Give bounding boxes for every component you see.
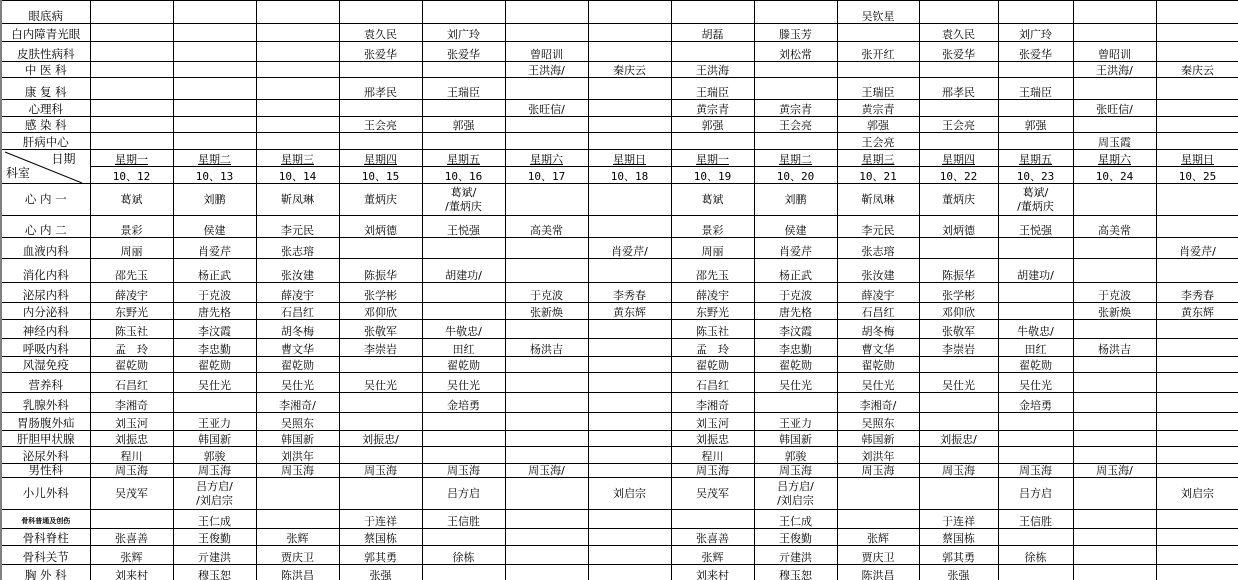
duty-cell[interactable] — [1073, 373, 1156, 393]
duty-cell[interactable]: 袁久民 — [339, 24, 422, 42]
duty-cell[interactable] — [422, 100, 505, 117]
duty-cell[interactable]: 葛斌 — [90, 184, 173, 216]
duty-cell[interactable]: 刘振忠 — [90, 431, 173, 447]
duty-cell[interactable] — [90, 42, 173, 62]
duty-cell[interactable]: 王会亮 — [919, 117, 998, 133]
duty-cell[interactable]: 靳凤琳 — [837, 184, 919, 216]
duty-cell[interactable]: 郭骏 — [754, 447, 837, 464]
duty-cell[interactable]: 李湘奇 — [90, 393, 173, 413]
duty-cell[interactable]: 黄宗青 — [754, 100, 837, 117]
duty-cell[interactable]: 金培勇 — [998, 393, 1073, 413]
duty-cell[interactable]: 景彩 — [90, 216, 173, 238]
duty-cell[interactable] — [256, 24, 339, 42]
duty-cell[interactable] — [1156, 100, 1238, 117]
duty-cell[interactable]: 葛斌//董炳庆 — [422, 184, 505, 216]
duty-cell[interactable]: 韩国新 — [173, 431, 256, 447]
duty-cell[interactable]: 王信胜 — [998, 510, 1073, 529]
duty-cell[interactable]: 周玉海 — [256, 464, 339, 478]
duty-cell[interactable] — [1156, 357, 1238, 373]
duty-cell[interactable] — [422, 447, 505, 464]
duty-cell[interactable]: 胡建功/ — [998, 259, 1073, 283]
duty-cell[interactable] — [998, 100, 1073, 117]
duty-cell[interactable] — [505, 393, 588, 413]
duty-cell[interactable] — [1156, 431, 1238, 447]
duty-cell[interactable] — [505, 431, 588, 447]
duty-cell[interactable]: 薛凌宇 — [256, 283, 339, 303]
duty-cell[interactable]: 牛敬忠/ — [998, 320, 1073, 339]
duty-cell[interactable]: 吴仕光 — [754, 373, 837, 393]
duty-cell[interactable] — [998, 62, 1073, 78]
duty-cell[interactable]: 韩国新 — [837, 431, 919, 447]
duty-cell[interactable] — [256, 133, 339, 150]
duty-cell[interactable]: 高美常 — [1073, 216, 1156, 238]
duty-cell[interactable] — [671, 1, 754, 24]
duty-cell[interactable] — [1156, 529, 1238, 546]
duty-cell[interactable]: 郭强 — [671, 117, 754, 133]
duty-cell[interactable]: 刘振忠/ — [339, 431, 422, 447]
duty-cell[interactable] — [1156, 393, 1238, 413]
duty-cell[interactable]: 葛斌 — [671, 184, 754, 216]
duty-cell[interactable] — [422, 62, 505, 78]
duty-cell[interactable] — [1073, 393, 1156, 413]
duty-cell[interactable] — [505, 117, 588, 133]
duty-cell[interactable] — [754, 1, 837, 24]
duty-cell[interactable] — [339, 1, 422, 24]
duty-cell[interactable]: 吴仕光 — [339, 373, 422, 393]
duty-cell[interactable]: 周玉海 — [671, 464, 754, 478]
duty-cell[interactable]: 田红 — [998, 339, 1073, 357]
duty-cell[interactable]: 于克波 — [1073, 283, 1156, 303]
duty-cell[interactable] — [1073, 447, 1156, 464]
duty-cell[interactable] — [256, 478, 339, 510]
duty-cell[interactable] — [919, 100, 998, 117]
duty-cell[interactable]: 刘鹏 — [754, 184, 837, 216]
duty-cell[interactable]: 张爱华 — [339, 42, 422, 62]
duty-cell[interactable]: 吴仕光 — [256, 373, 339, 393]
duty-cell[interactable] — [919, 478, 998, 510]
duty-cell[interactable]: 贾庆卫 — [837, 546, 919, 565]
duty-cell[interactable]: 薛凌宇 — [837, 283, 919, 303]
duty-cell[interactable] — [998, 283, 1073, 303]
duty-cell[interactable]: 肖爱芹/ — [588, 238, 671, 259]
duty-cell[interactable]: 吴仕光 — [173, 373, 256, 393]
duty-cell[interactable] — [505, 1, 588, 24]
duty-cell[interactable] — [1156, 24, 1238, 42]
duty-cell[interactable]: 王悦强 — [422, 216, 505, 238]
duty-cell[interactable] — [173, 78, 256, 100]
duty-cell[interactable]: 吴茂军 — [90, 478, 173, 510]
duty-cell[interactable] — [256, 78, 339, 100]
duty-cell[interactable]: 翟乾勋 — [422, 357, 505, 373]
duty-cell[interactable] — [90, 78, 173, 100]
duty-cell[interactable] — [1156, 464, 1238, 478]
duty-cell[interactable]: 吴茂军 — [671, 478, 754, 510]
duty-cell[interactable]: 张敬军 — [919, 320, 998, 339]
duty-cell[interactable] — [588, 546, 671, 565]
duty-cell[interactable] — [588, 413, 671, 431]
duty-cell[interactable]: 高美常 — [505, 216, 588, 238]
duty-cell[interactable] — [256, 62, 339, 78]
duty-cell[interactable]: 亓建洪 — [754, 546, 837, 565]
duty-cell[interactable]: 张志瑢 — [256, 238, 339, 259]
duty-cell[interactable]: 李崇岩 — [919, 339, 998, 357]
duty-cell[interactable]: 张学彬 — [339, 283, 422, 303]
duty-cell[interactable]: 周玉海 — [754, 464, 837, 478]
duty-cell[interactable]: 邢孝民 — [919, 78, 998, 100]
duty-cell[interactable] — [339, 413, 422, 431]
duty-cell[interactable]: 王俊勤 — [754, 529, 837, 546]
duty-cell[interactable]: 吕方启 — [422, 478, 505, 510]
duty-cell[interactable] — [754, 133, 837, 150]
duty-cell[interactable] — [1073, 413, 1156, 431]
duty-cell[interactable] — [505, 78, 588, 100]
duty-cell[interactable]: 曾昭训 — [1073, 42, 1156, 62]
duty-cell[interactable] — [588, 447, 671, 464]
duty-cell[interactable] — [173, 133, 256, 150]
duty-cell[interactable] — [998, 133, 1073, 150]
duty-cell[interactable] — [90, 1, 173, 24]
duty-cell[interactable]: 周丽 — [90, 238, 173, 259]
duty-cell[interactable]: 田红 — [422, 339, 505, 357]
duty-cell[interactable]: 周玉海/ — [1073, 464, 1156, 478]
duty-cell[interactable]: 唐先格 — [173, 303, 256, 320]
duty-cell[interactable]: 李元民 — [256, 216, 339, 238]
duty-cell[interactable]: 吕方启//刘启宗 — [754, 478, 837, 510]
duty-cell[interactable] — [1156, 259, 1238, 283]
duty-cell[interactable]: 韩国新 — [256, 431, 339, 447]
duty-cell[interactable] — [837, 478, 919, 510]
duty-cell[interactable]: 葛斌//董炳庆 — [998, 184, 1073, 216]
duty-cell[interactable] — [256, 100, 339, 117]
duty-cell[interactable]: 胡磊 — [671, 24, 754, 42]
duty-cell[interactable]: 李秀春 — [1156, 283, 1238, 303]
duty-cell[interactable] — [173, 1, 256, 24]
duty-cell[interactable] — [505, 447, 588, 464]
duty-cell[interactable]: 王悦强 — [998, 216, 1073, 238]
duty-cell[interactable]: 吕方启//刘启宗 — [173, 478, 256, 510]
duty-cell[interactable]: 吴仕光 — [837, 373, 919, 393]
duty-cell[interactable] — [173, 393, 256, 413]
duty-cell[interactable] — [173, 117, 256, 133]
duty-cell[interactable]: 张汝建 — [837, 259, 919, 283]
duty-cell[interactable]: 张开红 — [837, 42, 919, 62]
duty-cell[interactable]: 翟乾勋 — [754, 357, 837, 373]
duty-cell[interactable]: 侯建 — [173, 216, 256, 238]
duty-cell[interactable] — [837, 62, 919, 78]
duty-cell[interactable] — [588, 78, 671, 100]
duty-cell[interactable] — [1156, 447, 1238, 464]
duty-cell[interactable]: 邢孝民 — [339, 78, 422, 100]
duty-cell[interactable]: 张辉 — [90, 546, 173, 565]
duty-cell[interactable]: 东野光 — [90, 303, 173, 320]
duty-cell[interactable] — [505, 133, 588, 150]
duty-cell[interactable]: 吴照东 — [256, 413, 339, 431]
duty-cell[interactable] — [1073, 238, 1156, 259]
duty-cell[interactable]: 吴仕光 — [998, 373, 1073, 393]
duty-cell[interactable] — [90, 133, 173, 150]
duty-cell[interactable]: 曹文华 — [837, 339, 919, 357]
duty-cell[interactable]: 张辉 — [671, 546, 754, 565]
duty-cell[interactable] — [588, 42, 671, 62]
duty-cell[interactable]: 秦庆云 — [1156, 62, 1238, 78]
duty-cell[interactable] — [671, 510, 754, 529]
duty-cell[interactable]: 周玉海 — [919, 464, 998, 478]
duty-cell[interactable]: 郭骏 — [173, 447, 256, 464]
duty-cell[interactable] — [1073, 320, 1156, 339]
duty-cell[interactable] — [588, 184, 671, 216]
duty-cell[interactable] — [1156, 546, 1238, 565]
duty-cell[interactable]: 秦庆云 — [588, 62, 671, 78]
duty-cell[interactable]: 刘炳德 — [919, 216, 998, 238]
duty-cell[interactable] — [505, 529, 588, 546]
duty-cell[interactable] — [998, 238, 1073, 259]
duty-cell[interactable] — [1073, 565, 1156, 580]
duty-cell[interactable] — [422, 133, 505, 150]
duty-cell[interactable]: 刘来村 — [671, 565, 754, 580]
duty-cell[interactable]: 胡冬梅 — [256, 320, 339, 339]
duty-cell[interactable] — [422, 565, 505, 580]
duty-cell[interactable]: 徐栋 — [422, 546, 505, 565]
duty-cell[interactable] — [1073, 546, 1156, 565]
duty-cell[interactable]: 张喜善 — [90, 529, 173, 546]
duty-cell[interactable]: 杨洪吉 — [1073, 339, 1156, 357]
duty-cell[interactable]: 黄东辉 — [1156, 303, 1238, 320]
duty-cell[interactable]: 陈洪昌 — [837, 565, 919, 580]
duty-cell[interactable]: 刘松常 — [754, 42, 837, 62]
duty-cell[interactable]: 程川 — [90, 447, 173, 464]
duty-cell[interactable]: 薛凌宇 — [671, 283, 754, 303]
duty-cell[interactable]: 翟乾勋 — [173, 357, 256, 373]
duty-cell[interactable] — [1156, 117, 1238, 133]
duty-cell[interactable] — [919, 1, 998, 24]
duty-cell[interactable] — [671, 133, 754, 150]
duty-cell[interactable]: 张旺信/ — [1073, 100, 1156, 117]
duty-cell[interactable] — [998, 529, 1073, 546]
duty-cell[interactable]: 韩国新 — [754, 431, 837, 447]
duty-cell[interactable]: 穆玉恕 — [173, 565, 256, 580]
duty-cell[interactable]: 李汶霞 — [173, 320, 256, 339]
duty-cell[interactable] — [90, 100, 173, 117]
duty-cell[interactable]: 孟 玲 — [671, 339, 754, 357]
duty-cell[interactable]: 张汝建 — [256, 259, 339, 283]
duty-cell[interactable] — [919, 238, 998, 259]
duty-cell[interactable] — [588, 339, 671, 357]
duty-cell[interactable]: 于连祥 — [339, 510, 422, 529]
duty-cell[interactable] — [505, 259, 588, 283]
duty-cell[interactable] — [505, 478, 588, 510]
duty-cell[interactable]: 穆玉恕 — [754, 565, 837, 580]
duty-cell[interactable] — [1156, 565, 1238, 580]
duty-cell[interactable] — [256, 117, 339, 133]
duty-cell[interactable]: 吴仕光 — [919, 373, 998, 393]
duty-cell[interactable]: 石昌红 — [671, 373, 754, 393]
duty-cell[interactable] — [505, 320, 588, 339]
duty-cell[interactable]: 刘炳德 — [339, 216, 422, 238]
duty-cell[interactable] — [1156, 78, 1238, 100]
duty-cell[interactable]: 牛敬忠/ — [422, 320, 505, 339]
duty-cell[interactable] — [919, 413, 998, 431]
duty-cell[interactable]: 于连祥 — [919, 510, 998, 529]
duty-cell[interactable]: 张辉 — [256, 529, 339, 546]
duty-cell[interactable] — [998, 447, 1073, 464]
duty-cell[interactable]: 陈振华 — [919, 259, 998, 283]
duty-cell[interactable]: 张敬军 — [339, 320, 422, 339]
duty-cell[interactable]: 周玉霞 — [1073, 133, 1156, 150]
duty-cell[interactable] — [173, 100, 256, 117]
duty-cell[interactable] — [90, 62, 173, 78]
duty-cell[interactable]: 杨正武 — [754, 259, 837, 283]
duty-cell[interactable]: 王瑞臣 — [998, 78, 1073, 100]
duty-cell[interactable]: 李湘奇/ — [837, 393, 919, 413]
duty-cell[interactable] — [422, 238, 505, 259]
duty-cell[interactable] — [422, 431, 505, 447]
duty-cell[interactable] — [588, 431, 671, 447]
duty-cell[interactable]: 陈振华 — [339, 259, 422, 283]
duty-cell[interactable]: 张志瑢 — [837, 238, 919, 259]
duty-cell[interactable]: 胡建功/ — [422, 259, 505, 283]
duty-cell[interactable]: 董炳庆 — [919, 184, 998, 216]
duty-cell[interactable]: 刘启宗 — [1156, 478, 1238, 510]
duty-cell[interactable]: 王会亮 — [339, 117, 422, 133]
duty-cell[interactable]: 刘洪年 — [256, 447, 339, 464]
duty-cell[interactable] — [588, 357, 671, 373]
duty-cell[interactable] — [919, 133, 998, 150]
duty-cell[interactable]: 胡冬梅 — [837, 320, 919, 339]
duty-cell[interactable] — [1156, 339, 1238, 357]
duty-cell[interactable] — [1156, 1, 1238, 24]
duty-cell[interactable] — [998, 431, 1073, 447]
duty-cell[interactable]: 吴钦星 — [837, 1, 919, 24]
duty-cell[interactable] — [256, 42, 339, 62]
duty-cell[interactable]: 陈玉社 — [671, 320, 754, 339]
duty-cell[interactable]: 李忠勤 — [173, 339, 256, 357]
duty-cell[interactable] — [588, 24, 671, 42]
duty-cell[interactable] — [422, 303, 505, 320]
duty-cell[interactable]: 薛凌宇 — [90, 283, 173, 303]
duty-cell[interactable]: 邓仰欣 — [339, 303, 422, 320]
duty-cell[interactable]: 蔡国栋 — [919, 529, 998, 546]
duty-cell[interactable] — [90, 24, 173, 42]
duty-cell[interactable] — [588, 320, 671, 339]
duty-cell[interactable]: 张爱华 — [998, 42, 1073, 62]
duty-cell[interactable] — [505, 565, 588, 580]
duty-cell[interactable]: 亓建洪 — [173, 546, 256, 565]
duty-cell[interactable]: 吴照东 — [837, 413, 919, 431]
duty-cell[interactable]: 周玉海 — [998, 464, 1073, 478]
duty-cell[interactable] — [588, 259, 671, 283]
duty-cell[interactable] — [339, 478, 422, 510]
duty-cell[interactable]: 王仁成 — [173, 510, 256, 529]
duty-cell[interactable]: 贾庆卫 — [256, 546, 339, 565]
duty-cell[interactable] — [422, 283, 505, 303]
duty-cell[interactable]: 程川 — [671, 447, 754, 464]
duty-cell[interactable] — [919, 393, 998, 413]
duty-cell[interactable] — [588, 393, 671, 413]
duty-cell[interactable] — [256, 1, 339, 24]
duty-cell[interactable] — [1073, 78, 1156, 100]
duty-cell[interactable]: 袁久民 — [919, 24, 998, 42]
duty-cell[interactable] — [754, 78, 837, 100]
duty-cell[interactable]: 刘广玲 — [422, 24, 505, 42]
duty-cell[interactable]: 张强 — [339, 565, 422, 580]
duty-cell[interactable]: 周玉海 — [173, 464, 256, 478]
duty-cell[interactable]: 翟乾勋 — [256, 357, 339, 373]
duty-cell[interactable] — [173, 24, 256, 42]
duty-cell[interactable]: 周丽 — [671, 238, 754, 259]
duty-cell[interactable] — [837, 510, 919, 529]
duty-cell[interactable]: 于克波 — [754, 283, 837, 303]
duty-cell[interactable]: 曹文华 — [256, 339, 339, 357]
duty-cell[interactable] — [90, 117, 173, 133]
duty-cell[interactable]: 刘鹏 — [173, 184, 256, 216]
duty-cell[interactable] — [339, 238, 422, 259]
duty-cell[interactable] — [1156, 320, 1238, 339]
duty-cell[interactable]: 郭强 — [422, 117, 505, 133]
duty-cell[interactable]: 侯建 — [754, 216, 837, 238]
duty-cell[interactable] — [1156, 184, 1238, 216]
duty-cell[interactable] — [1156, 510, 1238, 529]
duty-cell[interactable]: 靳凤琳 — [256, 184, 339, 216]
duty-cell[interactable] — [173, 42, 256, 62]
duty-cell[interactable]: 刘玉河 — [90, 413, 173, 431]
duty-cell[interactable]: 滕玉芳 — [754, 24, 837, 42]
duty-cell[interactable]: 王信胜 — [422, 510, 505, 529]
duty-cell[interactable] — [1156, 413, 1238, 431]
duty-cell[interactable] — [588, 216, 671, 238]
duty-cell[interactable] — [173, 62, 256, 78]
duty-cell[interactable]: 肖爱芹 — [754, 238, 837, 259]
duty-cell[interactable]: 周玉海 — [90, 464, 173, 478]
duty-cell[interactable] — [1156, 42, 1238, 62]
duty-cell[interactable]: 张新焕 — [1073, 303, 1156, 320]
duty-cell[interactable] — [671, 42, 754, 62]
duty-cell[interactable]: 张新焕 — [505, 303, 588, 320]
duty-cell[interactable] — [422, 413, 505, 431]
duty-cell[interactable] — [588, 373, 671, 393]
duty-cell[interactable]: 金培勇 — [422, 393, 505, 413]
duty-cell[interactable]: 石昌红 — [837, 303, 919, 320]
duty-cell[interactable]: 刘振忠 — [671, 431, 754, 447]
duty-cell[interactable] — [588, 100, 671, 117]
duty-cell[interactable]: 石昌红 — [256, 303, 339, 320]
duty-cell[interactable] — [588, 529, 671, 546]
duty-cell[interactable]: 王瑞臣 — [422, 78, 505, 100]
duty-cell[interactable]: 肖爱芹/ — [1156, 238, 1238, 259]
duty-cell[interactable] — [1156, 373, 1238, 393]
duty-cell[interactable] — [339, 62, 422, 78]
duty-cell[interactable]: 于克波 — [505, 283, 588, 303]
duty-cell[interactable] — [505, 546, 588, 565]
duty-cell[interactable] — [505, 24, 588, 42]
duty-cell[interactable] — [505, 510, 588, 529]
duty-cell[interactable]: 邵先玉 — [90, 259, 173, 283]
duty-cell[interactable] — [588, 510, 671, 529]
duty-cell[interactable]: 周玉海 — [837, 464, 919, 478]
duty-cell[interactable] — [998, 1, 1073, 24]
duty-cell[interactable]: 王洪海/ — [505, 62, 588, 78]
duty-cell[interactable]: 王俊勤 — [173, 529, 256, 546]
duty-cell[interactable]: 李元民 — [837, 216, 919, 238]
duty-cell[interactable] — [1156, 133, 1238, 150]
duty-cell[interactable]: 李湘奇/ — [256, 393, 339, 413]
duty-cell[interactable] — [1073, 357, 1156, 373]
duty-cell[interactable]: 唐先格 — [754, 303, 837, 320]
duty-cell[interactable]: 景彩 — [671, 216, 754, 238]
duty-cell[interactable]: 张爱华 — [422, 42, 505, 62]
duty-cell[interactable]: 周玉海 — [422, 464, 505, 478]
duty-cell[interactable] — [919, 357, 998, 373]
duty-cell[interactable] — [505, 413, 588, 431]
